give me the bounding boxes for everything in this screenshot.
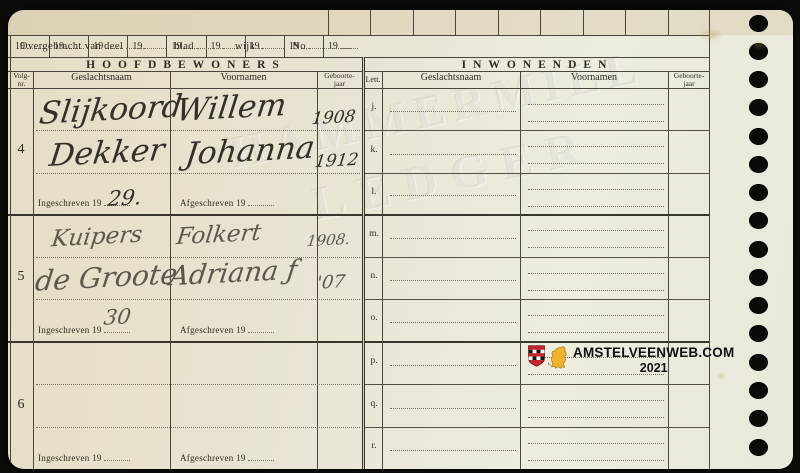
write-on-dotted-line (528, 121, 664, 122)
dotted-blank (258, 39, 284, 49)
population-register-card: HAMMERMILL LEDGER 191919191919191919 Ove… (8, 10, 793, 469)
top-blank-cell (370, 10, 412, 35)
top-blank-cell (498, 10, 540, 35)
write-on-dotted-line (528, 273, 664, 274)
resident-row-6: 6 Ingeschreven 19 Afgeschreven 19 (10, 341, 362, 469)
col-header-voornamen-right: Voornamen (520, 72, 668, 88)
transfer-wijk-label: wijk (235, 41, 255, 52)
row-number: 4 (10, 142, 32, 158)
top-blank-cell (328, 10, 370, 35)
lodger-letter: r. (367, 441, 381, 451)
lodger-row: m. (365, 214, 710, 257)
col-header-geslachtsnaam-right: Geslachtsnaam (382, 72, 520, 88)
binder-hole (749, 43, 768, 60)
col-header-voornamen-left: Voornamen (170, 72, 317, 88)
afgeschreven-label: Afgeschreven 19 (180, 198, 274, 208)
write-on-dotted-line (528, 206, 664, 207)
write-on-dotted-line (390, 111, 516, 112)
lodger-row: j. (365, 88, 710, 130)
binder-hole (749, 382, 768, 399)
binder-hole (749, 325, 768, 342)
write-on-dotted-line (528, 104, 664, 105)
firstname-entry: Adriana ƒ (168, 255, 299, 293)
lodger-row: k. (365, 130, 710, 173)
site-year-text: 2021 (573, 361, 734, 375)
lodger-letter: p. (367, 356, 381, 366)
transfer-deel-label: Overgebracht van deel (20, 41, 123, 52)
binder-hole (749, 128, 768, 145)
afgeschreven-label: Afgeschreven 19 (180, 453, 274, 463)
dotted-blank (126, 39, 166, 49)
binder-hole (749, 354, 768, 371)
resident-row-5: 5 Kuipers de Groote Folkert Adriana ƒ 19… (10, 214, 362, 341)
ingeschreven-year-entry: 30 (102, 304, 132, 329)
col-header-volgnr: Volg- nr. (10, 72, 33, 88)
inwonenden-section-title: INWONENDEN (365, 59, 710, 71)
firstname-entry: Folkert (175, 220, 263, 250)
write-on-dotted-line (528, 332, 664, 333)
binder-hole (749, 410, 768, 427)
birthyear-entry: 1908 (311, 107, 357, 129)
write-on-dotted-line (390, 322, 516, 323)
firstname-entry: Willem (174, 87, 288, 129)
lodger-row: r. (365, 427, 710, 469)
top-blank-cell (625, 10, 667, 35)
top-blank-cell (540, 10, 582, 35)
amstelveenweb-watermark: AMSTELVEENWEB.COM 2021 (528, 345, 734, 375)
write-on-dotted-line (390, 408, 516, 409)
lodger-letter: n. (367, 271, 381, 281)
top-blank-cell (413, 10, 455, 35)
surname-entry: de Groote (33, 257, 179, 297)
ingeschreven-label: Ingeschreven 19 (38, 453, 130, 463)
write-on-dotted-line (528, 417, 664, 418)
dotted-blank (309, 39, 351, 49)
lodger-letter: j. (367, 102, 381, 112)
write-on-dotted-line (528, 460, 664, 461)
birthyear-entry: 1908. (306, 230, 352, 250)
write-on-dotted-line (390, 280, 516, 281)
transfer-blad-label: blad (174, 41, 194, 52)
lodger-letter: l. (367, 187, 381, 197)
binder-hole (749, 156, 768, 173)
col-header-geslachtsnaam-left: Geslachtsnaam (33, 72, 170, 88)
binder-hole (749, 212, 768, 229)
hoofdbewoners-section-title: HOOFDBEWONERS (10, 59, 362, 71)
dotted-blank (197, 39, 227, 49)
transfer-no-label: No (292, 41, 306, 52)
transfer-line: Overgebracht van deel blad wijk No (20, 39, 326, 52)
lodger-letter: k. (367, 145, 381, 155)
write-on-dotted-line (528, 146, 664, 147)
write-on-dotted-line (390, 154, 516, 155)
surname-entry: Dekker (47, 132, 166, 174)
lodger-letter: q. (367, 399, 381, 409)
birthyear-entry: '07 (316, 271, 347, 293)
row-number: 6 (10, 397, 32, 413)
binder-hole (749, 15, 768, 32)
binder-hole (749, 241, 768, 258)
write-on-dotted-line (390, 195, 516, 196)
binder-hole (749, 71, 768, 88)
lodger-row: o. (365, 299, 710, 341)
col-header-geboortejaar-right: Geboorte- jaar (668, 72, 710, 88)
write-on-dotted-line (390, 365, 516, 366)
binder-hole (749, 439, 768, 456)
lodger-row: l. (365, 173, 710, 214)
top-blank-cell (455, 10, 497, 35)
write-on-dotted-line (528, 443, 664, 444)
row-number: 5 (10, 269, 32, 285)
binder-hole (749, 297, 768, 314)
firstname-entry: Johanna (183, 130, 316, 173)
resident-row-4: 4 Slijkoord Dekker Willem Johanna 1908 1… (10, 88, 362, 214)
lodger-letter: m. (367, 229, 381, 239)
binder-hole (749, 99, 768, 116)
write-on-dotted-line (528, 189, 664, 190)
write-on-dotted-line (528, 230, 664, 231)
top-blank-cell (668, 10, 710, 35)
coat-of-arms-shield-icon (528, 345, 545, 367)
col-header-geboortejaar-left: Geboorte- jaar (317, 72, 362, 88)
binder-hole (749, 184, 768, 201)
lodger-letter: o. (367, 313, 381, 323)
write-on-dotted-line (528, 163, 664, 164)
write-on-dotted-line (528, 315, 664, 316)
surname-entry: Slijkoord (37, 88, 184, 131)
lodger-row: q. (365, 384, 710, 427)
write-on-dotted-line (528, 247, 664, 248)
write-on-dotted-line (528, 290, 664, 291)
top-partial-row (328, 10, 710, 35)
scan-background: HAMMERMILL LEDGER 191919191919191919 Ove… (0, 0, 800, 473)
write-on-dotted-line (528, 400, 664, 401)
top-blank-cell (583, 10, 625, 35)
surname-entry: Kuipers (50, 222, 144, 253)
afgeschreven-label: Afgeschreven 19 (180, 325, 274, 335)
ingeschreven-year-entry: 29. (106, 185, 143, 211)
write-on-dotted-line (390, 450, 516, 451)
write-on-dotted-line (390, 238, 516, 239)
site-name-text: AMSTELVEENWEB.COM (573, 345, 734, 360)
binder-hole (749, 269, 768, 286)
lodger-row: n. (365, 257, 710, 299)
birthyear-entry: 1912 (314, 150, 360, 172)
lion-icon (547, 345, 568, 369)
